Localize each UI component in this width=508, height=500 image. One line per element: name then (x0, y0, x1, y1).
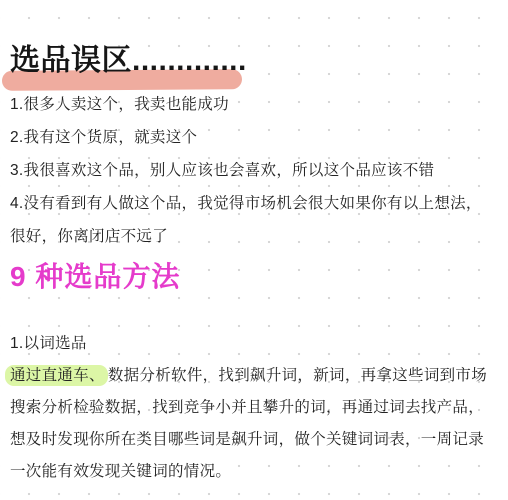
method-section: 1.以词选品 通过直通车、数据分析软件，找到飙升词，新词，再拿这些词到市场搜索分… (10, 328, 496, 488)
mistake-item-1: 1.很多人卖这个，我卖也能成功 (10, 88, 496, 121)
method-paragraph: 通过直通车、数据分析软件，找到飙升词，新词，再拿这些词到市场搜索分析检验数据，找… (10, 360, 496, 488)
mistake-list: 1.很多人卖这个，我卖也能成功 2.我有这个货原，就卖这个 3.我很喜欢这个品，… (10, 88, 496, 253)
page-title: 选品误区............. (10, 44, 247, 78)
note-page: 选品误区............. 1.很多人卖这个，我卖也能成功 2.我有这个… (0, 0, 508, 500)
mistake-item-3: 3.我很喜欢这个品，别人应该也会喜欢，所以这个品应该不错 (10, 154, 496, 187)
green-highlighted-text: 通过直通车、 (5, 365, 108, 386)
title-block: 选品误区............. (10, 44, 247, 78)
section-heading: 9 种选品方法 (10, 260, 180, 294)
method-subtitle: 1.以词选品 (10, 328, 496, 360)
mistake-item-4: 4.没有看到有人做这个品，我觉得市场机会很大如果你有以上想法，很好，你离闭店不远… (10, 187, 496, 253)
mistake-item-2: 2.我有这个货原，就卖这个 (10, 121, 496, 154)
